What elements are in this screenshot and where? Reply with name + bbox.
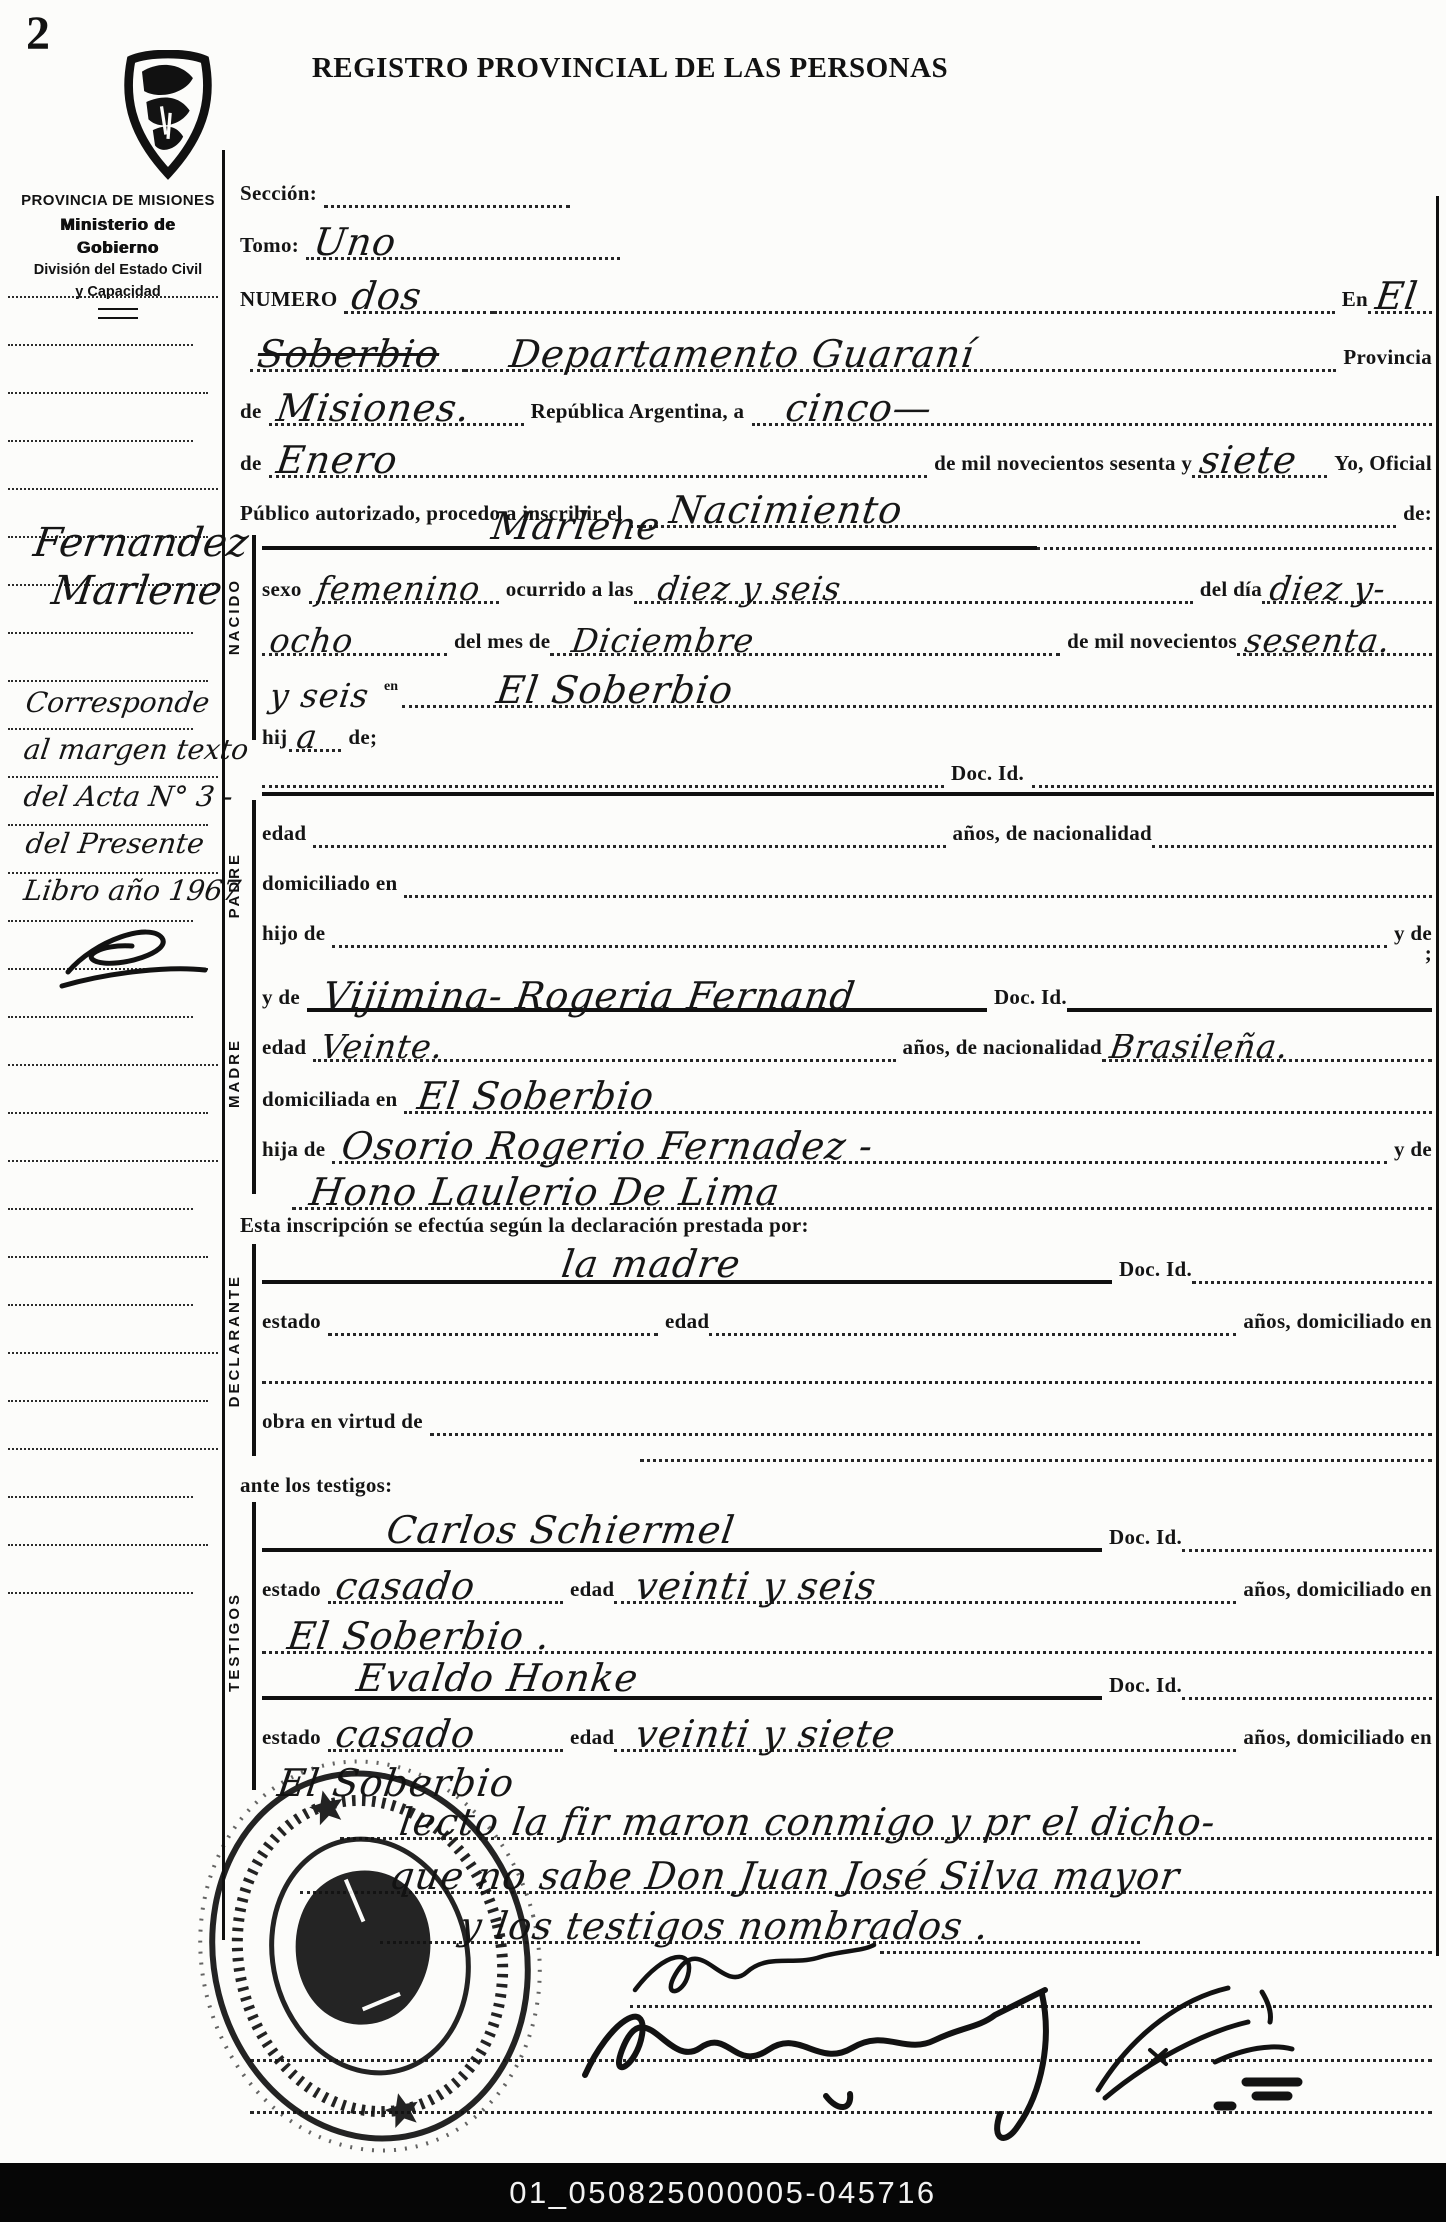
seccion-blank <box>324 168 570 208</box>
declarante-obra-line <box>430 1384 1432 1436</box>
madre-name-row: y de Vijimina- Rogeria Fernand Doc. Id. <box>262 966 1432 1012</box>
docid-filler <box>262 752 944 788</box>
ante-testigos-row: ante los testigos: <box>240 1464 1432 1500</box>
testigo2-name-value: Evaldo Honke <box>354 1656 641 1700</box>
declarante-edad-label: edad <box>658 1311 709 1336</box>
madre-nacionalidad-label: años, de nacionalidad <box>896 1037 1102 1062</box>
testigo2-name-row: Evaldo Honke Doc. Id. <box>262 1654 1432 1700</box>
mes-value: Diciembre <box>570 621 758 660</box>
field-tomo: Tomo: Uno <box>240 212 620 260</box>
field-provincia: de Misiones. República Argentina, a cinc… <box>240 372 1432 426</box>
padre-edad-line <box>313 796 945 848</box>
testigo2-docid-line <box>1182 1654 1432 1700</box>
padre-domicilio-label: domiciliado en <box>262 873 404 898</box>
mil-novecientos-label: de mil novecientos sesenta y <box>927 453 1192 478</box>
declarante-section-label: DECLARANTE <box>226 1274 243 1407</box>
madre-domicilio-line: El Soberbio <box>404 1062 1432 1114</box>
anio-line: sesenta. <box>1237 604 1432 656</box>
sexo-value: femenino <box>314 569 483 608</box>
form-right-rule <box>1436 196 1439 1956</box>
testigo2-edad-label: edad <box>563 1727 614 1752</box>
madre-domicilio-label: domiciliada en <box>262 1089 404 1114</box>
testigo1-name-row: Carlos Schiermel Doc. Id. <box>262 1500 1432 1552</box>
margin-note-line: del Acta N° 3 - <box>22 780 235 813</box>
sexo-line: femenino <box>309 552 499 604</box>
testigo1-domicilio-line: El Soberbio . <box>262 1604 1432 1654</box>
del-mes-label: del mes de <box>447 631 550 656</box>
nacido-docid-row: Doc. Id. <box>262 752 1432 788</box>
hij-line: a <box>289 710 341 752</box>
field-numero: NUMERO dos En El <box>240 258 1432 314</box>
testigo2-name-line: Evaldo Honke <box>262 1654 1102 1700</box>
padre-nacionalidad-label: años, de nacionalidad <box>946 823 1152 848</box>
pre-testigos-dotted-row <box>640 1436 1432 1462</box>
declarante-obra-label: obra en virtud de <box>262 1411 430 1436</box>
dia-value: diez y- <box>1267 569 1388 608</box>
signature-dotted-line <box>880 1928 1432 1954</box>
madre-y-de-label: y de <box>262 987 307 1012</box>
padre-edad-row: edad años, de nacionalidad <box>262 796 1432 848</box>
month-value: Enero <box>274 438 401 482</box>
testigo2-edad-value: veinti y siete <box>633 1712 899 1756</box>
madre-hija-label: hija de <box>262 1139 332 1164</box>
declarante-estado-label: estado <box>262 1311 328 1336</box>
margin-ruling <box>8 250 218 1594</box>
nacido-section-label: NACIDO <box>226 578 243 655</box>
page-number: 2 <box>26 6 50 61</box>
day-line: cinco— <box>752 372 1432 426</box>
declaracion-intro-row: Esta inscripción se efectúa según la dec… <box>240 1206 1432 1240</box>
closing-line1-value: lecto la fir maron conmigo y pr el dicho… <box>397 1800 1219 1844</box>
margin-surname: Fernandez <box>31 520 252 566</box>
margin-note-line: del Presente <box>24 827 207 860</box>
newborn-name-value: Marlene <box>489 504 664 548</box>
margin-given-name: Marlene <box>49 568 225 614</box>
madre-y-de2-label: y de <box>1387 1139 1432 1164</box>
testigo2-estado-label: estado <box>262 1727 328 1752</box>
year-line: siete <box>1192 426 1327 478</box>
madre-edad-line: Veinte. <box>313 1012 895 1062</box>
hora-line: diez y seis <box>634 552 1193 604</box>
hij-suffix-value: a <box>295 717 321 756</box>
signature-dotted-line <box>630 1982 1432 2008</box>
hij-de-label: de; <box>341 727 377 752</box>
anio2-line: y seis <box>262 656 382 708</box>
margin-note-line: al margen texto <box>22 733 251 766</box>
margin-note-line: Corresponde <box>24 686 212 719</box>
declarante-obra-row: obra en virtud de <box>262 1384 1432 1436</box>
oficial-label: Yo, Oficial <box>1327 453 1432 478</box>
provincia-value: Misiones. <box>274 386 473 430</box>
tomo-line: Uno <box>306 212 620 260</box>
field-month: de Enero de mil novecientos sesenta y si… <box>240 426 1432 478</box>
closing-line2-row: que no sabe Don Juan José Silva mayor <box>300 1840 1432 1894</box>
dia2-line: ocho <box>262 604 447 656</box>
madre-abuela-line: Hono Laulerio De Lima <box>292 1164 1432 1210</box>
signature-dotted-line <box>250 2088 1432 2114</box>
name-line: Marlene <box>262 500 1037 550</box>
testigo1-name-value: Carlos Schiermel <box>384 1508 738 1552</box>
hora-value: diez y seis <box>655 569 844 608</box>
place-value: Soberbio <box>255 332 442 376</box>
ante-testigos-label: ante los testigos: <box>240 1475 399 1500</box>
provincia-label: Provincia <box>1336 347 1432 372</box>
padre-section-label: PADRE <box>226 852 243 918</box>
place-line: Soberbio <box>250 314 465 372</box>
padre-domicilio-row: domiciliado en <box>262 848 1432 898</box>
madre-nacionalidad-value: Brasileña. <box>1107 1027 1291 1066</box>
sexo-label: sexo <box>262 579 309 604</box>
testigo2-estado-row: estado casado edad veinti y siete años, … <box>262 1700 1432 1752</box>
letterhead-province: PROVINCIA DE MISIONES <box>18 190 218 213</box>
nacido-section-rule <box>252 535 256 740</box>
declarante-docid-line <box>1192 1240 1432 1284</box>
name-line-dotted <box>1037 500 1432 550</box>
declarante-por-line: la madre <box>262 1240 1112 1284</box>
en-superscript-label: en <box>382 680 402 708</box>
de-label: de <box>240 453 269 478</box>
doc-id-label: Doc. Id. <box>944 763 1032 788</box>
declarante-estado-row: estado edad años, domiciliado en <box>262 1286 1432 1336</box>
madre-abuelo-line: Osorio Rogerio Fernadez - <box>332 1114 1387 1164</box>
declarante-edad-line <box>709 1286 1236 1336</box>
tomo-label: Tomo: <box>240 235 306 260</box>
lugar-value: El Soberbio <box>494 668 736 712</box>
year-value: siete <box>1197 438 1300 482</box>
pre-testigos-line <box>640 1436 1432 1462</box>
padre-nacionalidad-line <box>1152 796 1432 848</box>
declarante-section-rule <box>252 1244 256 1456</box>
en-line: El <box>1368 258 1432 314</box>
testigo1-estado-label: estado <box>262 1579 328 1604</box>
novecientos-label: de mil novecientos <box>1060 631 1237 656</box>
testigo1-edad-value: veinti y seis <box>633 1564 879 1608</box>
madre-section-label: MADRE <box>226 1038 243 1108</box>
testigo1-domicilio-value: El Soberbio . <box>285 1614 554 1658</box>
testigo2-edad-line: veinti y siete <box>614 1700 1236 1752</box>
numero-label: NUMERO <box>240 289 344 314</box>
dia-line: diez y- <box>1262 552 1432 604</box>
departamento-line: Departamento Guaraní <box>465 314 1336 372</box>
hij-label: hij <box>262 727 289 752</box>
testigo1-estado-row: estado casado edad veinti y seis años, d… <box>262 1552 1432 1604</box>
closing-line1-rule: lecto la fir maron conmigo y pr el dicho… <box>340 1786 1432 1840</box>
madre-name-line: Vijimina- Rogeria Fernand <box>307 966 987 1012</box>
declarante-por-row: la madre Doc. Id. <box>262 1240 1432 1284</box>
numero-value: dos <box>349 274 425 318</box>
numero-line: dos <box>344 258 494 314</box>
testigo1-edad-label: edad <box>563 1579 614 1604</box>
closing-line2-value: que no sabe Don Juan José Silva mayor <box>387 1854 1183 1898</box>
declaracion-intro-label: Esta inscripción se efectúa según la dec… <box>240 1215 816 1240</box>
testigo2-estado-value: casado <box>333 1712 478 1756</box>
seccion-label: Sección: <box>240 183 324 208</box>
birth-certificate-scan: 2 PROVINCIA DE MISIONES Ministerio de Go… <box>0 0 1446 2222</box>
madre-edad-value: Veinte. <box>319 1027 447 1066</box>
padre-domicilio-line <box>404 848 1432 898</box>
nacido-name-row: Marlene <box>262 500 1432 550</box>
testigos-section-rule <box>252 1502 256 1790</box>
madre-doc-id-label: Doc. Id. <box>987 987 1067 1012</box>
anio-value: sesenta. <box>1242 621 1393 660</box>
testigo2-domicilio-label: años, domiciliado en <box>1236 1727 1432 1752</box>
madre-abuela-row: Hono Laulerio De Lima <box>292 1164 1432 1210</box>
declarante-domicilio-label: años, domiciliado en <box>1236 1311 1432 1336</box>
madre-hija-row: hija de Osorio Rogerio Fernadez - y de <box>262 1114 1432 1164</box>
madre-edad-row: edad Veinte. años, de nacionalidad Brasi… <box>262 1012 1432 1062</box>
officer-signature-large-tail <box>826 1994 1046 2138</box>
nacido-hija-row: hij a de; <box>262 710 452 752</box>
scan-footer-bar: 01_050825000005-045716 <box>0 2163 1446 2222</box>
testigo1-estado-value: casado <box>333 1564 478 1608</box>
testigos-section-label: TESTIGOS <box>226 1592 243 1692</box>
form-left-rule <box>222 150 225 1940</box>
provincial-crest-icon <box>108 50 228 180</box>
padre-blank <box>262 940 1418 968</box>
testigo1-domicilio-label: años, domiciliado en <box>1236 1579 1432 1604</box>
testigo2-doc-id-label: Doc. Id. <box>1102 1675 1182 1700</box>
declarante-por-value: la madre <box>559 1242 744 1286</box>
madre-domicilio-value: El Soberbio <box>415 1074 657 1118</box>
declarante-doc-id-label: Doc. Id. <box>1112 1259 1192 1284</box>
ocurrido-label: ocurrido a las <box>499 579 634 604</box>
padre-semicolon: ; <box>1418 943 1432 968</box>
day-value: cinco— <box>783 386 935 430</box>
field-place: Soberbio Departamento Guaraní Provincia <box>250 314 1432 372</box>
dia-value2: ocho <box>267 621 356 660</box>
closing-line1-row: lecto la fir maron conmigo y pr el dicho… <box>340 1786 1432 1840</box>
nacido-fecha-row: ocho del mes de Diciembre de mil novecie… <box>262 604 1432 656</box>
lugar-line: El Soberbio <box>402 656 1432 708</box>
margin-note-line: Libro año 1967 <box>22 874 243 907</box>
madre-abuelo-value: Osorio Rogerio Fernadez - <box>339 1124 876 1168</box>
provincia-line: Misiones. <box>269 372 524 426</box>
testigo1-doc-id-label: Doc. Id. <box>1102 1527 1182 1552</box>
declarante-blank-row <box>262 1336 1432 1384</box>
padre-semicolon-row: ; <box>262 940 1432 968</box>
en-value: El <box>1373 274 1421 318</box>
nacido-lugar-row: y seis en El Soberbio <box>262 656 1432 708</box>
madre-edad-label: edad <box>262 1037 313 1062</box>
scan-code: 01_050825000005-045716 <box>509 2175 936 2211</box>
declarante-blank-line <box>262 1336 1432 1384</box>
del-dia-label: del día <box>1193 579 1262 604</box>
field-seccion: Sección: <box>240 168 570 208</box>
declarante-estado-line <box>328 1286 658 1336</box>
padre-section-rule <box>252 800 256 968</box>
departamento-value: Departamento Guaraní <box>507 332 977 376</box>
testigo2-estado-line: casado <box>328 1700 563 1752</box>
de-label: de <box>240 401 269 426</box>
document-title: REGISTRO PROVINCIAL DE LAS PERSONAS <box>310 52 950 85</box>
testigo1-domicilio-row: El Soberbio . <box>262 1604 1432 1654</box>
mes-line: Diciembre <box>550 604 1060 656</box>
testigo1-name-line: Carlos Schiermel <box>262 1500 1102 1552</box>
madre-domicilio-row: domiciliada en El Soberbio <box>262 1062 1432 1114</box>
padre-edad-label: edad <box>262 823 313 848</box>
numero-filler <box>494 258 1334 314</box>
madre-docid-line <box>1067 966 1432 1012</box>
nacido-sexo-row: sexo femenino ocurrido a las diez y seis… <box>262 552 1432 604</box>
en-label: En <box>1335 289 1368 314</box>
signature-dotted-line <box>250 2036 1432 2062</box>
testigo1-edad-line: veinti y seis <box>614 1552 1236 1604</box>
testigo1-docid-line <box>1182 1500 1432 1552</box>
madre-section-rule <box>252 966 256 1194</box>
closing-line2-rule: que no sabe Don Juan José Silva mayor <box>300 1840 1432 1894</box>
republica-label: República Argentina, a <box>524 401 753 426</box>
month-line: Enero <box>269 426 928 478</box>
madre-nacionalidad-line: Brasileña. <box>1102 1012 1432 1062</box>
docid-line <box>1032 752 1432 788</box>
testigo1-estado-line: casado <box>328 1552 563 1604</box>
